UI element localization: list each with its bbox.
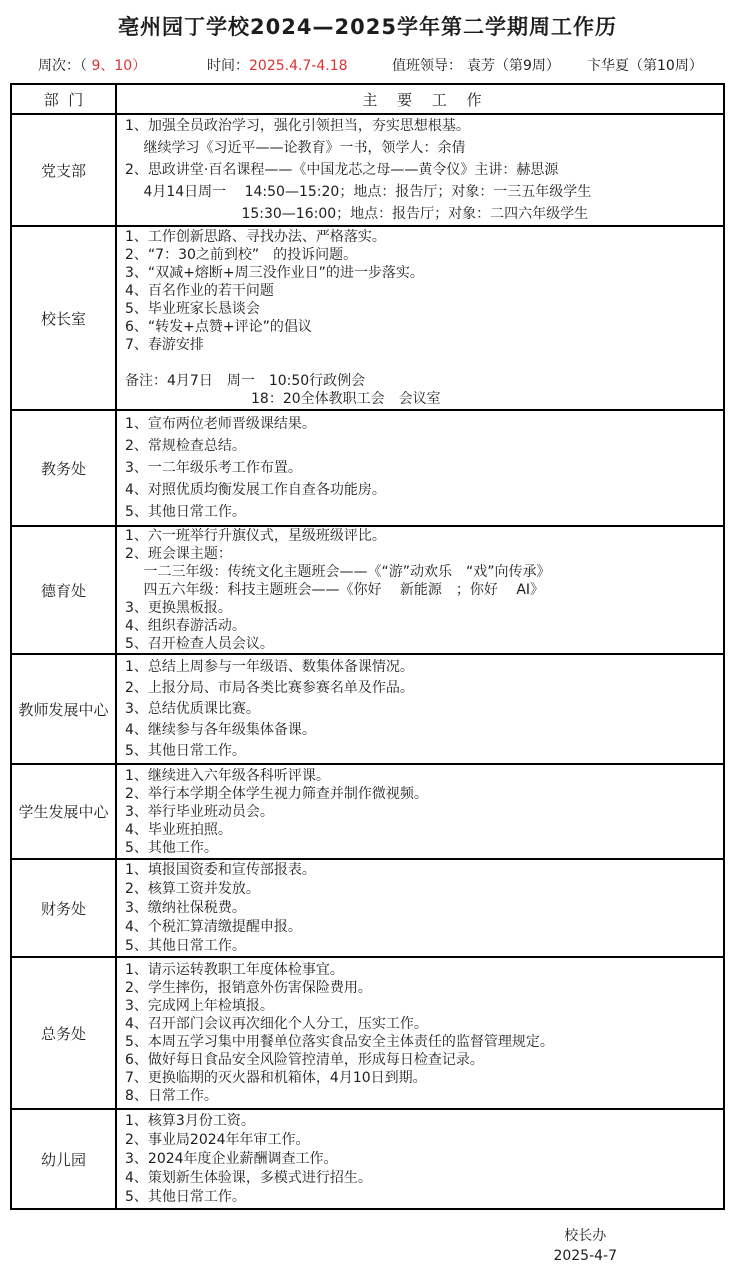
work-header-cell: 主 要 工 作 xyxy=(117,85,723,113)
table-row: 德育处1、六一班举行升旗仪式，星级班级评比。2、班会课主题： 一二三年级：传统文… xyxy=(12,525,723,653)
duty-leader-week9: 袁芳（第9周） xyxy=(467,55,560,75)
work-line: 2、上报分局、市局各类比赛参赛名单及作品。 xyxy=(125,678,719,699)
work-line: 3、缴纳社保税费。 xyxy=(125,899,719,918)
work-line: 3、“双减+熔断+周三没作业日”的进一步落实。 xyxy=(125,264,719,282)
work-line: 5、本周五学习集中用餐单位落实食品安全主体责任的监督管理规定。 xyxy=(125,1033,719,1051)
weekly-work-calendar-document: 亳州园丁学校2024—2025学年第二学期周工作历 周次：（ 9、10） 时间：… xyxy=(0,0,735,1266)
work-items: 1、加强全员政治学习，强化引领担当，夯实思想根基。 继续学习《习近平——论教育》… xyxy=(117,115,723,225)
table-row: 学生发展中心1、继续进入六年级各科听评课。2、举行本学期全体学生视力筛查并制作微… xyxy=(12,763,723,858)
table-header-row: 部 门 主 要 工 作 xyxy=(12,85,723,113)
work-line: 5、其他日常工作。 xyxy=(125,501,719,523)
work-line: 4月14日周一 14:50—15:20；地点：报告厅；对象：一三五年级学生 xyxy=(125,181,719,203)
work-line: 1、核算3月份工资。 xyxy=(125,1112,719,1131)
work-line: 3、2024年度企业薪酬调查工作。 xyxy=(125,1150,719,1169)
work-line: 2、班会课主题： xyxy=(125,545,719,563)
week-label: 周次：（ xyxy=(38,58,87,74)
work-line: 1、总结上周参与一年级语、数集体备课情况。 xyxy=(125,657,719,678)
table-row: 总务处1、请示运转教职工年度体检事宜。2、学生摔伤，报销意外伤害保险费用。3、完… xyxy=(12,956,723,1108)
table-row: 教务处1、宣布两位老师晋级课结果。2、常规检查总结。3、一二年级乐考工作布置。4… xyxy=(12,409,723,525)
work-line: 备注：4月7日 周一 10:50行政例会 xyxy=(125,372,719,390)
work-line: 3、一二年级乐考工作布置。 xyxy=(125,457,719,479)
time-value: 2025.4.7-4.18 xyxy=(249,58,348,74)
work-line: 5、其他工作。 xyxy=(125,839,719,857)
work-line: 5、其他日常工作。 xyxy=(125,741,719,762)
work-line: 4、百名作业的若干问题 xyxy=(125,282,719,300)
table-row: 财务处1、填报国资委和宣传部报表。2、核算工资并发放。3、缴纳社保税费。4、个税… xyxy=(12,858,723,956)
table-row: 党支部1、加强全员政治学习，强化引领担当，夯实思想根基。 继续学习《习近平——论… xyxy=(12,113,723,225)
department-name: 总务处 xyxy=(12,958,117,1108)
duty-leader-week10: 卞华夏（第10周） xyxy=(587,55,703,75)
week-value: 9、10） xyxy=(87,58,146,74)
work-line: 2、事业局2024年年审工作。 xyxy=(125,1131,719,1150)
work-items: 1、宣布两位老师晋级课结果。2、常规检查总结。3、一二年级乐考工作布置。4、对照… xyxy=(117,411,723,525)
work-line: 6、做好每日食品安全风险管控清单，形成每日检查记录。 xyxy=(125,1051,719,1069)
work-line: 3、更换黑板报。 xyxy=(125,599,719,617)
work-items: 1、核算3月份工资。2、事业局2024年年审工作。3、2024年度企业薪酬调查工… xyxy=(117,1110,723,1208)
date-range: 时间：2025.4.7-4.18 xyxy=(207,55,348,75)
work-line: 1、加强全员政治学习，强化引领担当，夯实思想根基。 xyxy=(125,115,719,137)
department-name: 学生发展中心 xyxy=(12,765,117,858)
work-line: 2、核算工资并发放。 xyxy=(125,880,719,899)
work-line xyxy=(125,354,719,372)
table-row: 幼儿园1、核算3月份工资。2、事业局2024年年审工作。3、2024年度企业薪酬… xyxy=(12,1108,723,1208)
work-items: 1、继续进入六年级各科听评课。2、举行本学期全体学生视力筛查并制作微视频。3、举… xyxy=(117,765,723,858)
work-line: 15:30—16:00；地点：报告厅；对象：二四六年级学生 xyxy=(125,203,719,225)
department-name: 校长室 xyxy=(12,227,117,409)
work-line: 1、六一班举行升旗仪式，星级班级评比。 xyxy=(125,527,719,545)
department-name: 财务处 xyxy=(12,860,117,956)
work-line: 4、继续参与各年级集体备课。 xyxy=(125,720,719,741)
footer-date: 2025-4-7 xyxy=(553,1246,617,1266)
footer-signature-block: 校长办 2025-4-7 xyxy=(553,1226,617,1266)
work-items: 1、填报国资委和宣传部报表。2、核算工资并发放。3、缴纳社保税费。4、个税汇算清… xyxy=(117,860,723,956)
work-line: 3、完成网上年检填报。 xyxy=(125,997,719,1015)
work-line: 1、工作创新思路、寻找办法、严格落实。 xyxy=(125,228,719,246)
department-name: 党支部 xyxy=(12,115,117,225)
work-line: 1、继续进入六年级各科听评课。 xyxy=(125,767,719,785)
work-line: 2、常规检查总结。 xyxy=(125,435,719,457)
work-line: 2、举行本学期全体学生视力筛查并制作微视频。 xyxy=(125,785,719,803)
table-row: 教师发展中心1、总结上周参与一年级语、数集体备课情况。2、上报分局、市局各类比赛… xyxy=(12,653,723,763)
work-line: 5、其他日常工作。 xyxy=(125,1188,719,1207)
department-name: 教师发展中心 xyxy=(12,655,117,763)
work-line: 5、召开检查人员会议。 xyxy=(125,635,719,653)
work-line: 1、宣布两位老师晋级课结果。 xyxy=(125,413,719,435)
footer-office: 校长办 xyxy=(553,1226,617,1246)
work-line: 4、组织春游活动。 xyxy=(125,617,719,635)
meta-row: 周次：（ 9、10） 时间：2025.4.7-4.18 值班领导： 袁芳（第9周… xyxy=(0,52,735,78)
work-line: 4、个税汇算清缴提醒申报。 xyxy=(125,918,719,937)
work-line: 8、日常工作。 xyxy=(125,1087,719,1105)
table-body: 党支部1、加强全员政治学习，强化引领担当，夯实思想根基。 继续学习《习近平——论… xyxy=(12,113,723,1208)
work-line: 18：20全体教职工会 会议室 xyxy=(125,390,719,408)
work-line: 4、策划新生体验课，多模式进行招生。 xyxy=(125,1169,719,1188)
work-line: 1、请示运转教职工年度体检事宜。 xyxy=(125,961,719,979)
work-line: 7、春游安排 xyxy=(125,336,719,354)
department-name: 德育处 xyxy=(12,527,117,653)
work-items: 1、工作创新思路、寻找办法、严格落实。2、“7：30之前到校” 的投诉问题。3、… xyxy=(117,227,723,409)
week-number: 周次：（ 9、10） xyxy=(38,55,146,75)
work-line: 2、学生摔伤，报销意外伤害保险费用。 xyxy=(125,979,719,997)
work-line: 继续学习《习近平——论教育》一书，领学人：余倩 xyxy=(125,137,719,159)
page-title: 亳州园丁学校2024—2025学年第二学期周工作历 xyxy=(0,0,735,42)
work-line: 3、举行毕业班动员会。 xyxy=(125,803,719,821)
footer: 校长办 2025-4-7 xyxy=(0,1226,735,1266)
dept-header-cell: 部 门 xyxy=(12,85,117,113)
table-row: 校长室1、工作创新思路、寻找办法、严格落实。2、“7：30之前到校” 的投诉问题… xyxy=(12,225,723,409)
work-line: 4、毕业班拍照。 xyxy=(125,821,719,839)
work-items: 1、总结上周参与一年级语、数集体备课情况。2、上报分局、市局各类比赛参赛名单及作… xyxy=(117,655,723,763)
duty-leader-label: 值班领导： xyxy=(392,55,462,75)
work-line: 5、其他日常工作。 xyxy=(125,937,719,956)
work-line: 5、毕业班家长恳谈会 xyxy=(125,300,719,318)
time-label: 时间： xyxy=(207,58,249,74)
work-line: 4、对照优质均衡发展工作自查各功能房。 xyxy=(125,479,719,501)
work-line: 1、填报国资委和宣传部报表。 xyxy=(125,861,719,880)
work-items: 1、请示运转教职工年度体检事宜。2、学生摔伤，报销意外伤害保险费用。3、完成网上… xyxy=(117,958,723,1108)
work-line: 3、总结优质课比赛。 xyxy=(125,699,719,720)
work-line: 7、更换临期的灭火器和机箱体，4月10日到期。 xyxy=(125,1069,719,1087)
work-line: 2、思政讲堂·百名课程——《中国龙芯之母——黄令仪》主讲：赫思源 xyxy=(125,159,719,181)
work-table: 部 门 主 要 工 作 党支部1、加强全员政治学习，强化引领担当，夯实思想根基。… xyxy=(10,83,725,1210)
department-name: 幼儿园 xyxy=(12,1110,117,1208)
work-line: 4、召开部门会议再次细化个人分工，压实工作。 xyxy=(125,1015,719,1033)
work-line: 2、“7：30之前到校” 的投诉问题。 xyxy=(125,246,719,264)
work-line: 6、“转发+点赞+评论”的倡议 xyxy=(125,318,719,336)
work-line: 四五六年级：科技主题班会——《你好 新能源 ；你好 AI》 xyxy=(125,581,719,599)
work-line: 一二三年级：传统文化主题班会——《“游”动欢乐 “戏”向传承》 xyxy=(125,563,719,581)
department-name: 教务处 xyxy=(12,411,117,525)
work-items: 1、六一班举行升旗仪式，星级班级评比。2、班会课主题： 一二三年级：传统文化主题… xyxy=(117,527,723,653)
